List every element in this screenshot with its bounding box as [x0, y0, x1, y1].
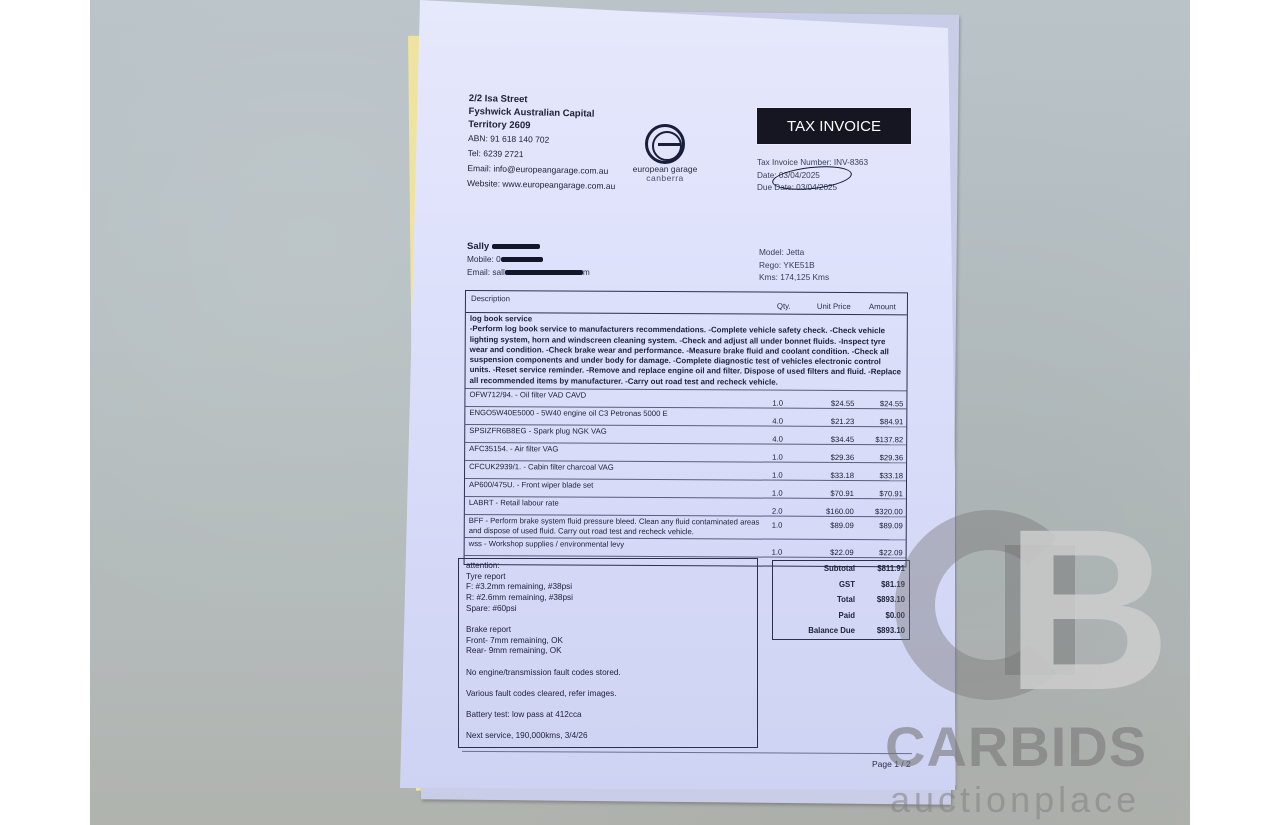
totals-row: GST$81.19 [777, 580, 905, 596]
item-description: AFC35154. - Air filter VAG [465, 443, 772, 462]
service-notes-box: attention:Tyre reportF: #3.2mm remaining… [458, 558, 758, 748]
totals-value: $893.10 [855, 595, 905, 611]
page-number: Page 1 / 2 [872, 759, 911, 769]
logo-subtitle: canberra [620, 174, 710, 182]
totals-value: $811.91 [855, 564, 905, 580]
totals-label: Total [777, 595, 855, 611]
item-unit-price: $22.09 [812, 540, 864, 557]
totals-row: Balance Due$893.10 [777, 626, 905, 642]
customer-name: Sally [467, 241, 489, 252]
note-line: Tyre report [466, 572, 750, 583]
invoice-content: 2/2 Isa Street Fyshwick Australian Capit… [90, 0, 1190, 825]
table-row: AP600/475U. - Front wiper blade set1.0$7… [465, 479, 906, 499]
line-items-table: Description Qty. Unit Price Amount log b… [464, 290, 908, 567]
item-description: ENGO5W40E5000 - 5W40 engine oil C3 Petro… [465, 407, 772, 426]
item-amount: $29.36 [864, 445, 906, 462]
item-unit-price: $29.36 [812, 445, 864, 462]
item-unit-price: $89.09 [812, 517, 864, 539]
email-label: Email: [467, 267, 490, 277]
note-line: F: #3.2mm remaining, #38psi [466, 582, 750, 593]
header-amount: Amount [869, 293, 907, 314]
company-logo: european garage canberra [620, 124, 710, 182]
item-description: AP600/475U. - Front wiper blade set [465, 479, 772, 498]
note-spacer [466, 678, 750, 689]
item-qty: 1.0 [772, 445, 812, 462]
redaction-mark [492, 244, 540, 249]
item-description: wss - Workshop supplies / environmental … [465, 538, 772, 557]
note-line: R: #2.6mm remaining, #38psi [466, 593, 750, 604]
totals-value: $0.00 [855, 611, 905, 627]
table-row: ENGO5W40E5000 - 5W40 engine oil C3 Petro… [465, 407, 906, 427]
service-description: log book service -Perform log book servi… [465, 313, 906, 391]
table-row: CFCUK2939/1. - Cabin filter charcoal VAG… [465, 461, 906, 481]
mobile-label: Mobile: [467, 254, 494, 264]
service-text: -Perform log book service to manufacture… [469, 324, 901, 388]
note-line: Various fault codes cleared, refer image… [466, 689, 750, 700]
totals-label: Balance Due [777, 626, 855, 642]
business-website: Website: www.europeangarage.com.au [467, 176, 637, 195]
note-line: attention: [466, 561, 750, 572]
item-unit-price: $70.91 [812, 481, 864, 498]
header-unit-price: Unit Price [817, 293, 869, 314]
totals-value: $81.19 [855, 580, 905, 596]
item-description: LABRT - Retail labour rate [465, 497, 772, 516]
note-line: Front- 7mm remaining, OK [466, 636, 750, 647]
redaction-mark [501, 257, 543, 262]
customer-details: Sally Mobile: 0 Email: sallm [467, 240, 590, 279]
item-qty: 1.0 [772, 481, 812, 498]
table-row: wss - Workshop supplies / environmental … [465, 538, 906, 558]
note-spacer [466, 700, 750, 711]
table-row: SPSIZFR6B8EG - Spark plug NGK VAG4.0$34.… [465, 425, 906, 445]
item-amount: $89.09 [864, 517, 906, 539]
tax-invoice-title: TAX INVOICE [756, 107, 912, 145]
table-header: Description Qty. Unit Price Amount [466, 291, 907, 315]
item-qty: 4.0 [772, 427, 812, 444]
totals-label: GST [777, 580, 855, 596]
totals-box: Subtotal$811.91GST$81.19Total$893.10Paid… [772, 560, 910, 640]
email-prefix: sall [492, 267, 504, 277]
item-unit-price: $33.18 [812, 463, 864, 480]
footer-divider [462, 751, 912, 754]
item-amount: $22.09 [864, 540, 906, 557]
note-line: Spare: #60psi [466, 604, 750, 615]
note-spacer [466, 721, 750, 732]
item-qty: 1.0 [772, 517, 812, 539]
header-qty: Qty. [777, 293, 817, 314]
item-unit-price: $24.55 [812, 391, 864, 408]
vehicle-kms: Kms: 174,125 Kms [759, 271, 829, 284]
item-amount: $84.91 [864, 409, 906, 426]
table-row: OFW712/94. - Oil filter VAD CAVD1.0$24.5… [465, 389, 906, 409]
item-amount: $137.82 [864, 427, 906, 444]
vehicle-details: Model: Jetta Rego: YKE51B Kms: 174,125 K… [759, 246, 829, 284]
note-line: Brake report [466, 625, 750, 636]
item-qty: 1.0 [772, 391, 812, 408]
redaction-mark [505, 270, 583, 275]
totals-label: Subtotal [777, 564, 855, 580]
table-row: BFF - Perform brake system fluid pressur… [465, 515, 906, 540]
mobile-prefix: 0 [496, 254, 501, 264]
note-line: Battery test: low pass at 412cca [466, 710, 750, 721]
item-rows: OFW712/94. - Oil filter VAD CAVD1.0$24.5… [465, 389, 907, 558]
item-qty: 1.0 [772, 540, 812, 557]
item-description: CFCUK2939/1. - Cabin filter charcoal VAG [465, 461, 772, 480]
header-description: Description [466, 291, 777, 314]
item-amount: $70.91 [864, 481, 906, 498]
item-amount: $24.55 [864, 391, 906, 408]
item-amount: $320.00 [864, 499, 906, 516]
totals-row: Paid$0.00 [777, 611, 905, 627]
email-suffix: m [583, 267, 590, 277]
item-unit-price: $21.23 [812, 409, 864, 426]
totals-row: Total$893.10 [777, 595, 905, 611]
item-qty: 2.0 [772, 499, 812, 516]
note-line: Rear- 9mm remaining, OK [466, 646, 750, 657]
note-line: No engine/transmission fault codes store… [466, 668, 750, 679]
item-qty: 1.0 [772, 463, 812, 480]
item-amount: $33.18 [864, 463, 906, 480]
totals-value: $893.10 [855, 626, 905, 642]
note-spacer [466, 657, 750, 668]
totals-row: Subtotal$811.91 [777, 564, 905, 580]
item-description: BFF - Perform brake system fluid pressur… [465, 515, 772, 539]
item-description: SPSIZFR6B8EG - Spark plug NGK VAG [465, 425, 772, 444]
totals-label: Paid [777, 611, 855, 627]
note-spacer [466, 615, 750, 626]
table-row: AFC35154. - Air filter VAG1.0$29.36$29.3… [465, 443, 906, 463]
item-qty: 4.0 [772, 409, 812, 426]
note-line: Next service, 190,000kms, 3/4/26 [466, 731, 750, 742]
vehicle-model: Model: Jetta [759, 246, 829, 259]
table-row: LABRT - Retail labour rate2.0$160.00$320… [465, 497, 906, 517]
item-unit-price: $34.45 [812, 427, 864, 444]
item-description: OFW712/94. - Oil filter VAD CAVD [465, 389, 772, 408]
business-address: 2/2 Isa Street Fyshwick Australian Capit… [467, 92, 639, 195]
vehicle-rego: Rego: YKE51B [759, 259, 829, 272]
item-unit-price: $160.00 [812, 499, 864, 516]
e-circle-logo-icon [645, 124, 685, 164]
